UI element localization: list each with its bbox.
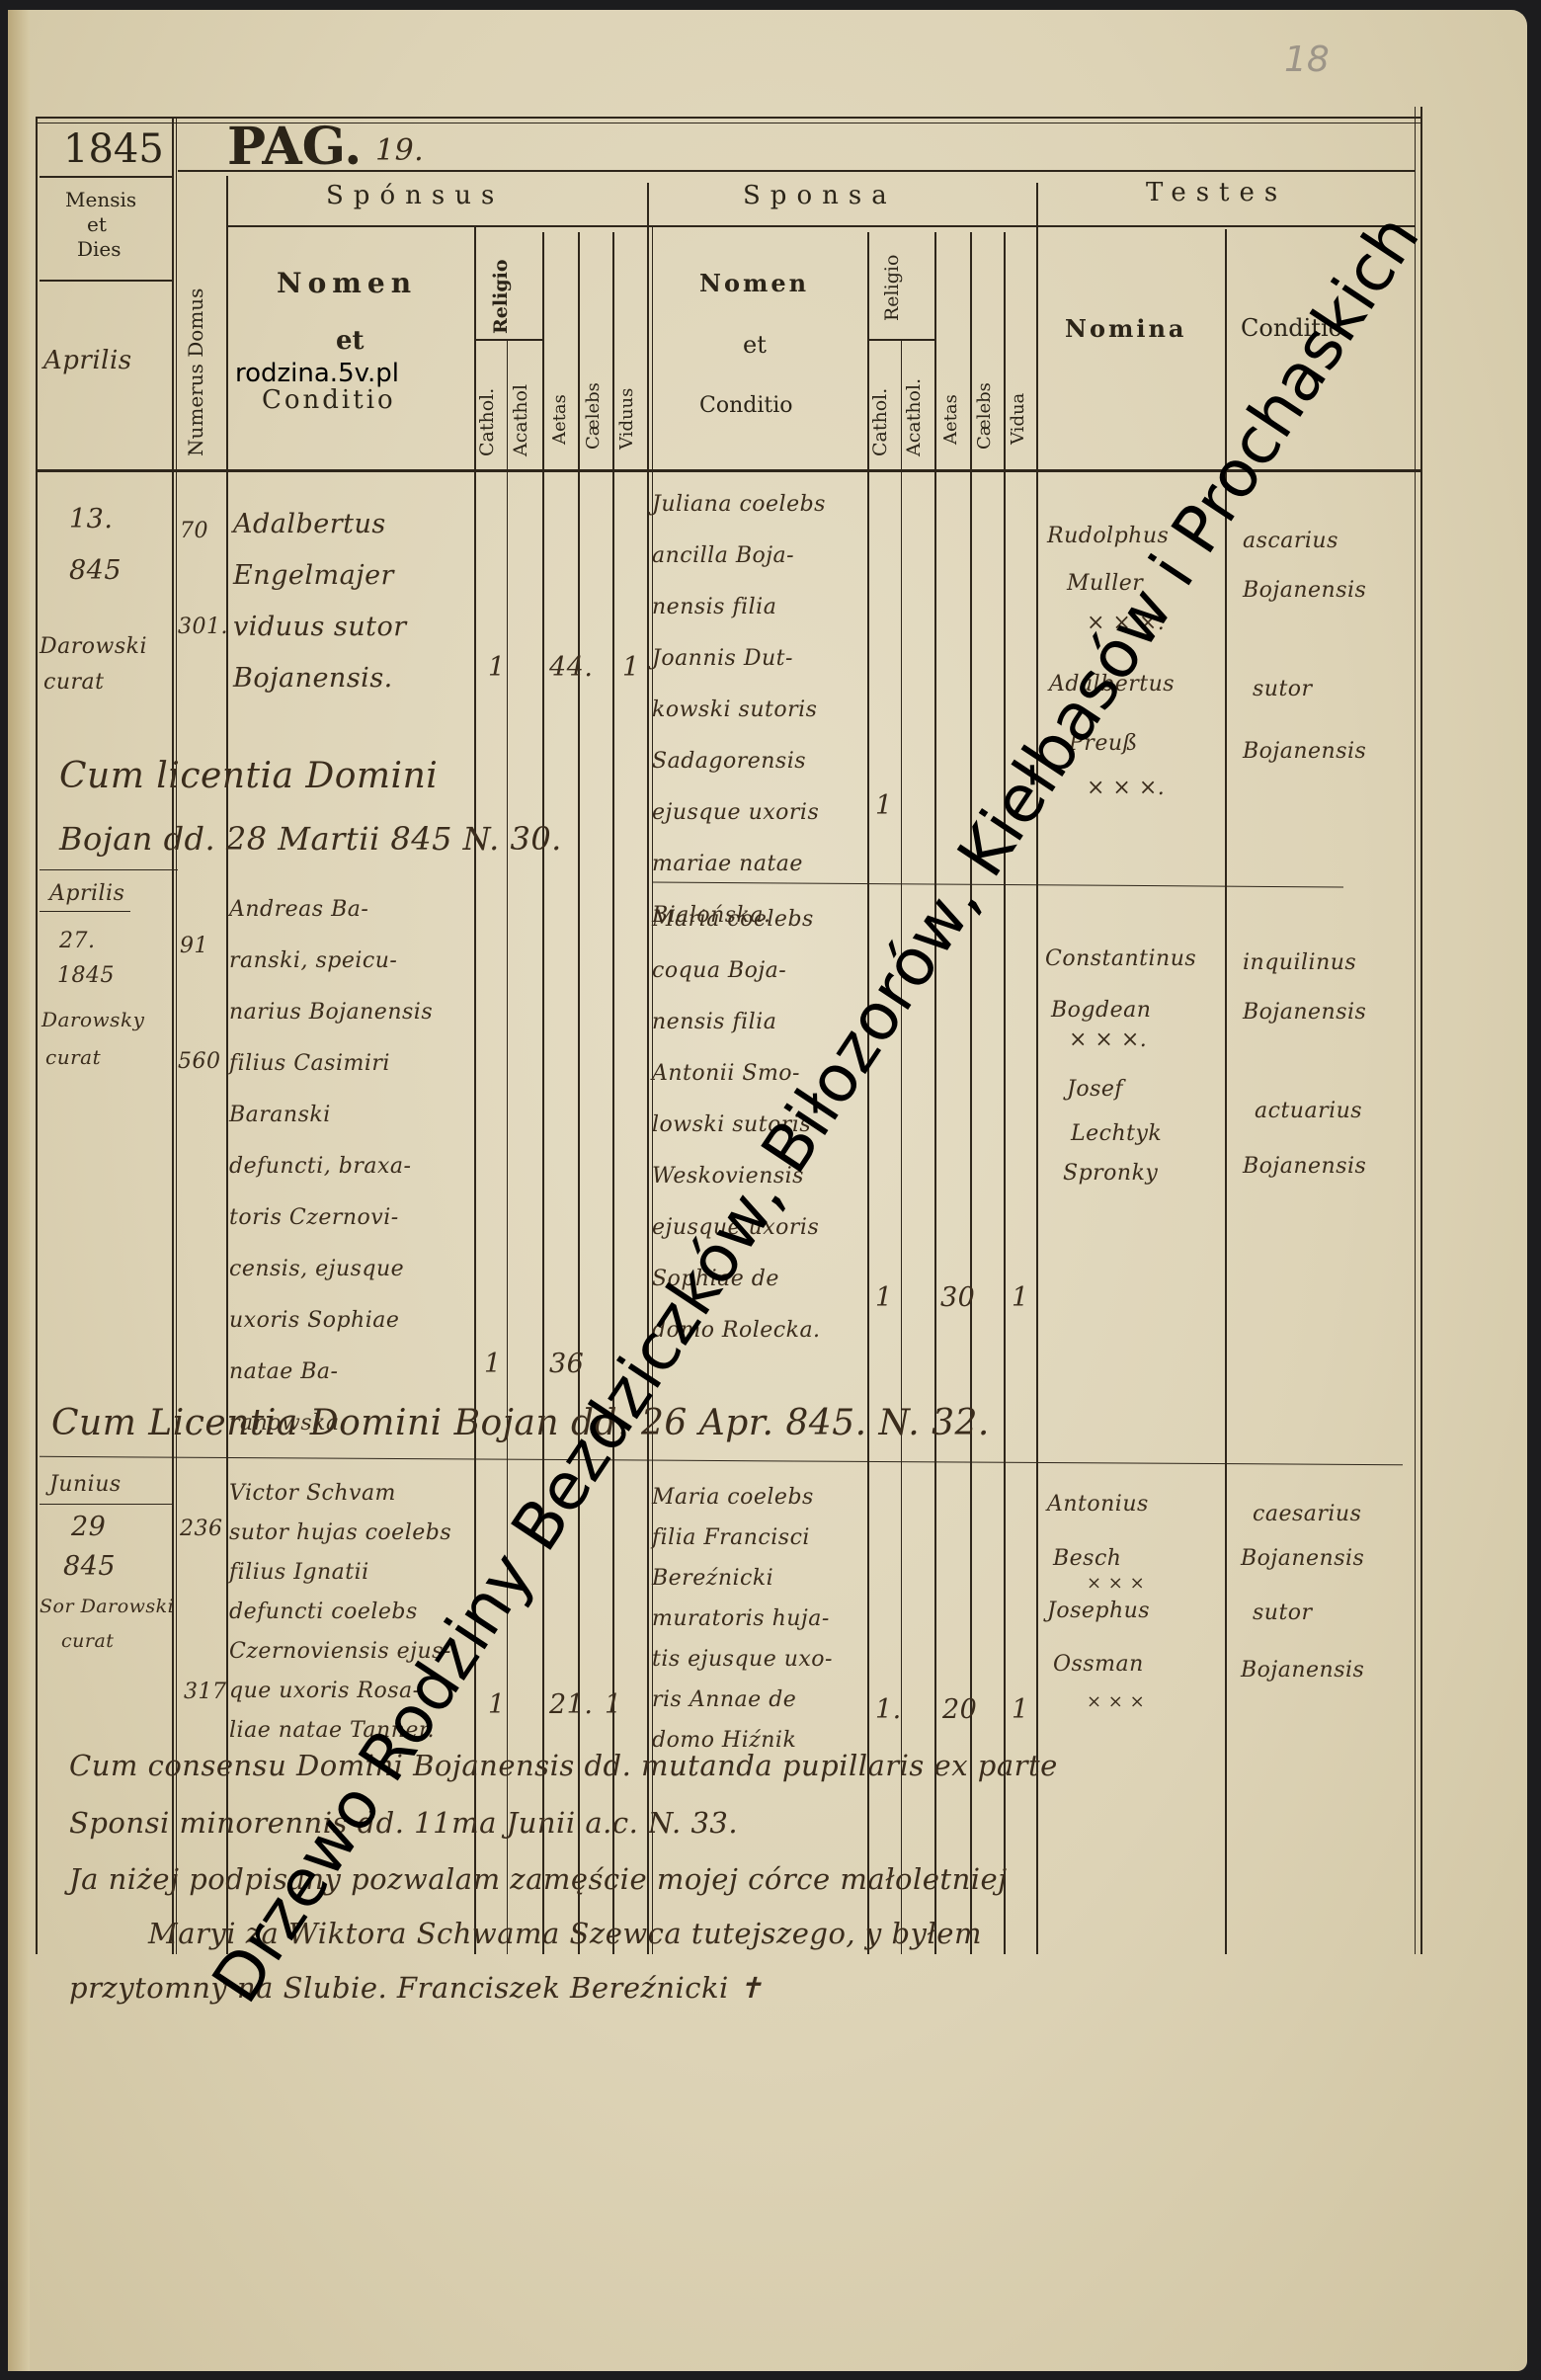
header-sponsa-nomen: Nomen (699, 269, 809, 297)
entry3-curate-title: curat (61, 1630, 114, 1652)
col-sponsa-acathol-right (934, 232, 936, 1954)
entry3-witness-2-mark: × × × (1087, 1691, 1145, 1712)
col-sponsus-right (647, 183, 649, 1954)
entry1-sponsa: Juliana coelebs ancilla Boja- nensis fil… (652, 479, 826, 942)
junius-underline (40, 1504, 174, 1505)
entry1-licence-note: Cum licentia Domini (59, 756, 438, 796)
col-sponsus-name-right (474, 225, 476, 1954)
binding-edge (8, 10, 30, 2371)
entry3-witness-1-condition: caesarius (1253, 1502, 1361, 1526)
header-sponsus-aetas: Aetas (549, 394, 570, 445)
entry1-licence-ref: Bojan dd. 28 Martii 845 N. 30. (59, 820, 562, 858)
entry3-house-1: 236 (180, 1517, 223, 1541)
entry2-house-1: 91 (180, 934, 208, 958)
entry2-sponsa-cathol: 1 (875, 1282, 893, 1313)
entry1-witness-2-place: Bojanensis (1243, 739, 1366, 764)
entry3-sponsus-caelebs: 1 (605, 1689, 622, 1720)
aprilis-underline (40, 911, 130, 912)
header-testes: Testes (1146, 178, 1287, 207)
header-sponsa-caelebs: Cælebs (974, 382, 995, 450)
header-testes-nomina: Nomina (1065, 314, 1186, 343)
entry3-day: 29 (71, 1512, 106, 1542)
header-sponsus-acathol: Acathol (510, 384, 531, 456)
entry2-witness-1-place: Bojanensis (1243, 1000, 1366, 1025)
entry2-witness-2-surname: Lechtyk (1071, 1121, 1162, 1146)
entry1-sponsus: Adalbertus Engelmajer viduus sutor Bojan… (233, 499, 407, 704)
entry3-sponsa: Maria coelebs filia Francisci Bereźnicki… (652, 1477, 833, 1761)
header-sponsus-nomen: Nomen (277, 267, 417, 299)
entry2-witness-2: Josef (1067, 1077, 1123, 1102)
page-label: PAG. (227, 117, 362, 177)
entry1-witness-1-condition: ascarius (1243, 529, 1338, 553)
entry3-sponsus-cathol: 1 (488, 1689, 506, 1720)
header-sponsa-religio: Religio (881, 255, 903, 321)
col-sponsus-acathol-right (542, 232, 544, 1954)
entry3-month: Junius (49, 1472, 122, 1497)
entry2-sponsus-aetas: 36 (549, 1349, 584, 1379)
entry1-date: 13. 845 (69, 494, 122, 597)
entry2-licence-note: Cum Licentia Domini Bojan dd. 26 Apr. 84… (51, 1403, 990, 1443)
header-numerus-domus: Numerus Domus (184, 288, 207, 456)
entry2-house-2: 560 (178, 1049, 221, 1074)
header-sponsus-caelebs: Cælebs (583, 382, 604, 450)
entry3-sponsa-cathol: 1. (875, 1694, 902, 1725)
table-right-border (1420, 107, 1422, 1954)
pencil-folio-number: 18 (1284, 40, 1330, 80)
entry3-witness-1: Antonius (1047, 1492, 1149, 1517)
entry1-sponsa-cathol: 1 (875, 790, 893, 821)
entry3-consent-ref: Sponsi minorennis dd. 11ma Junii a.c. N.… (69, 1806, 738, 1840)
page-number: 19. (375, 133, 424, 168)
entry2-sponsus: Andreas Ba- ranski, speicu- narius Bojan… (229, 884, 433, 1449)
entry3-witness-2-condition: sutor (1253, 1600, 1313, 1625)
sponsa-religio-divider (869, 339, 934, 341)
header-sponsus-conditio: Conditio (262, 385, 396, 415)
col-mensis-right (172, 117, 174, 1954)
entry2-witness-1-condition: inquilinus (1243, 950, 1356, 975)
entry3-father-signature: przytomny na Slubie. Franciszek Bereźnic… (69, 1971, 763, 2005)
entry1-house-2: 301. (178, 615, 228, 639)
entry3-year: 845 (63, 1551, 116, 1582)
group-header-bottom (227, 225, 1415, 227)
entry1-curate: Darowski (40, 634, 147, 659)
month-aprilis-header: Aprilis (43, 346, 132, 375)
col-sponsa-caelebs-right (1004, 232, 1006, 1954)
entry3-sponsa-aetas: 20 (942, 1694, 977, 1725)
entry2-curate-title: curat (45, 1045, 101, 1069)
entry2-witness-1-surname: Bogdean (1051, 998, 1151, 1023)
year-label: 1845 (63, 126, 164, 172)
entry2-witness-1-mark: × × ×. (1069, 1027, 1147, 1052)
entry1-sponsus-viduus: 1 (622, 652, 640, 683)
entry1-witness-1-place: Bojanensis (1243, 578, 1366, 603)
entry1-sponsus-cathol: 1 (488, 652, 506, 683)
entry2-witness-2-place: Bojanensis (1243, 1154, 1366, 1179)
entry3-sponsa-caelebs: 1 (1012, 1694, 1029, 1725)
entry2-day: 27. (59, 929, 96, 953)
header-sponsus-et: et (336, 326, 365, 356)
header-sponsus-cathol: Cathol. (476, 388, 498, 456)
col-sponsus-cathol-right (507, 341, 508, 1954)
entry3-witness-1-place: Bojanensis (1241, 1546, 1364, 1571)
entry3-father-statement-1: Ja niżej podpisany pozwalam zamęście moj… (69, 1862, 1008, 1896)
entry1-witness-2-mark: × × ×. (1087, 776, 1165, 800)
entry3-house-2: 317 (184, 1680, 227, 1704)
title-row-bottom (178, 170, 1415, 172)
entry2-year: 1845 (57, 963, 115, 988)
header-sponsa-cathol: Cathol. (869, 388, 891, 456)
header-sponsus: Spónsus (326, 181, 504, 210)
col-sponsa-right (1036, 183, 1038, 1954)
header-sponsa-conditio: Conditio (699, 393, 793, 418)
entry1-house-1: 70 (180, 519, 208, 543)
mensis-cell-bottom (40, 280, 174, 282)
entry2-witness-1: Constantinus (1045, 946, 1196, 971)
entry2-sponsa-aetas: 30 (940, 1282, 975, 1313)
entry3-witness-1-surname: Besch (1053, 1546, 1121, 1571)
header-et: et (87, 212, 107, 236)
entry1-separator-left (40, 869, 178, 870)
entry3-witness-2-surname: Ossman (1053, 1652, 1144, 1677)
header-dies: Dies (77, 237, 122, 261)
entry2-month: Aprilis (49, 881, 124, 906)
header-sponsa-vidua: Vidua (1008, 393, 1028, 445)
entry1-curate-title: curat (43, 670, 104, 695)
entry3-witness-2-place: Bojanensis (1241, 1658, 1364, 1682)
entry3-consent-note: Cum consensu Domini Bojanensis dd. mutan… (69, 1749, 1058, 1782)
header-sponsa-acathol: Acathol. (903, 378, 925, 456)
entry3-witness-1-mark: × × × (1087, 1573, 1145, 1594)
entry3-curate: Sor Darowski (40, 1596, 174, 1617)
header-sponsus-viduus: Viduus (616, 388, 637, 450)
watermark-site: rodzina.5v.pl (235, 359, 399, 388)
entry3-sponsus-aetas: 21. (549, 1689, 593, 1720)
entry2-curate: Darowsky (41, 1008, 144, 1031)
header-sponsus-religio: Religio (490, 260, 512, 335)
entry2-sponsus-cathol: 1 (484, 1349, 502, 1379)
sponsus-religio-divider (476, 339, 543, 341)
entry2-witness-2-signature: Spronky (1063, 1161, 1158, 1186)
year-cell-bottom (40, 176, 174, 178)
table-right-border-inner (1415, 107, 1416, 1954)
entry2-witness-2-condition: actuarius (1255, 1099, 1362, 1123)
table-left-border (36, 117, 38, 1954)
header-sponsa-aetas: Aetas (940, 394, 961, 445)
entry3-witness-2: Josephus (1047, 1599, 1150, 1623)
entry1-sponsus-aetas: 44. (549, 652, 593, 683)
entry2-sponsa-caelebs: 1 (1012, 1282, 1029, 1313)
header-sponsa-et: et (743, 331, 767, 359)
col-mensis-right-inner (176, 117, 177, 1954)
header-mensis: Mensis (65, 188, 136, 211)
header-sponsa: Sponsa (743, 181, 897, 210)
entry1-witness-2-condition: sutor (1253, 677, 1313, 701)
